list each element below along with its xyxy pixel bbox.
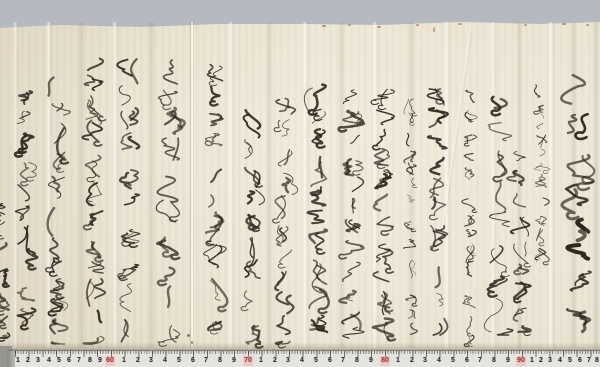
tape-unit-number: 5 — [568, 356, 572, 366]
tape-decade-number: 70 — [243, 356, 253, 366]
tape-decade-number: 80 — [380, 356, 390, 366]
tape-unit-number: 7 — [204, 356, 208, 366]
tape-unit-number: 5 — [314, 356, 318, 366]
tape-unit-number: 9 — [506, 356, 510, 366]
paper-speck — [187, 334, 190, 337]
tape-unit-number: 2 — [26, 356, 30, 366]
paper-speck — [348, 24, 351, 26]
paper-speck — [524, 24, 527, 26]
tape-unit-number: 3 — [548, 356, 552, 366]
paper-speck — [433, 27, 435, 32]
tape-unit-number: 8 — [595, 356, 599, 366]
tape-unit-number: 7 — [341, 356, 345, 366]
tape-unit-number: 7 — [77, 356, 81, 366]
tape-unit-number: 8 — [492, 356, 496, 366]
tape-unit-number: 2 — [136, 356, 140, 366]
paper-speck — [377, 26, 381, 28]
tape-unit-number: 9 — [232, 356, 236, 366]
tape-unit-number: 6 — [191, 356, 195, 366]
tape-unit-number: 1 — [16, 356, 20, 366]
tape-unit-number: 1 — [530, 356, 534, 366]
tape-unit-number: 3 — [36, 356, 40, 366]
measuring-tape: 1234567896012345678970123456789801234567… — [8, 351, 600, 367]
tape-unit-number: 3 — [286, 356, 290, 366]
tape-unit-number: 3 — [149, 356, 153, 366]
paper-speck — [458, 23, 462, 25]
tape-decade-number: 90 — [516, 356, 526, 366]
tape-unit-number: 5 — [451, 356, 455, 366]
tape-unit-number: 6 — [67, 356, 71, 366]
tape-unit-number: 4 — [47, 356, 51, 366]
tape-unit-number: 6 — [328, 356, 332, 366]
tape-unit-number: 4 — [558, 356, 562, 366]
tape-unit-number: 4 — [163, 356, 167, 366]
tape-unit-number: 4 — [300, 356, 304, 366]
tape-unit-number: 5 — [57, 356, 61, 366]
photograph: 1234567896012345678970123456789801234567… — [0, 0, 600, 367]
manuscript-paper — [0, 0, 600, 354]
tape-unit-number: 4 — [437, 356, 441, 366]
tape-centimeter-ticks — [15, 351, 600, 357]
tape-unit-number: 6 — [578, 356, 582, 366]
tape-unit-number: 1 — [396, 356, 400, 366]
tape-unit-number: 9 — [369, 356, 373, 366]
tape-unit-number: 2 — [410, 356, 414, 366]
paper-speck — [416, 24, 419, 26]
tape-unit-number: 3 — [423, 356, 427, 366]
tape-unit-number: 2 — [539, 356, 543, 366]
tape-decade-number: 60 — [105, 356, 115, 366]
tape-unit-number: 2 — [273, 356, 277, 366]
paper-speck — [586, 24, 589, 26]
tape-unit-number: 5 — [177, 356, 181, 366]
tape-unit-number: 1 — [122, 356, 126, 366]
tape-unit-number: 1 — [259, 356, 263, 366]
tape-unit-number: 6 — [465, 356, 469, 366]
tape-end-clip — [8, 351, 15, 367]
paper-speck — [322, 25, 326, 27]
tape-unit-number: 8 — [88, 356, 92, 366]
tape-unit-number: 7 — [478, 356, 482, 366]
tape-unit-number: 9 — [98, 356, 102, 366]
tape-unit-number: 8 — [355, 356, 359, 366]
tape-unit-number: 7 — [587, 356, 591, 366]
tape-unit-number: 8 — [218, 356, 222, 366]
paper-speck — [562, 23, 566, 25]
